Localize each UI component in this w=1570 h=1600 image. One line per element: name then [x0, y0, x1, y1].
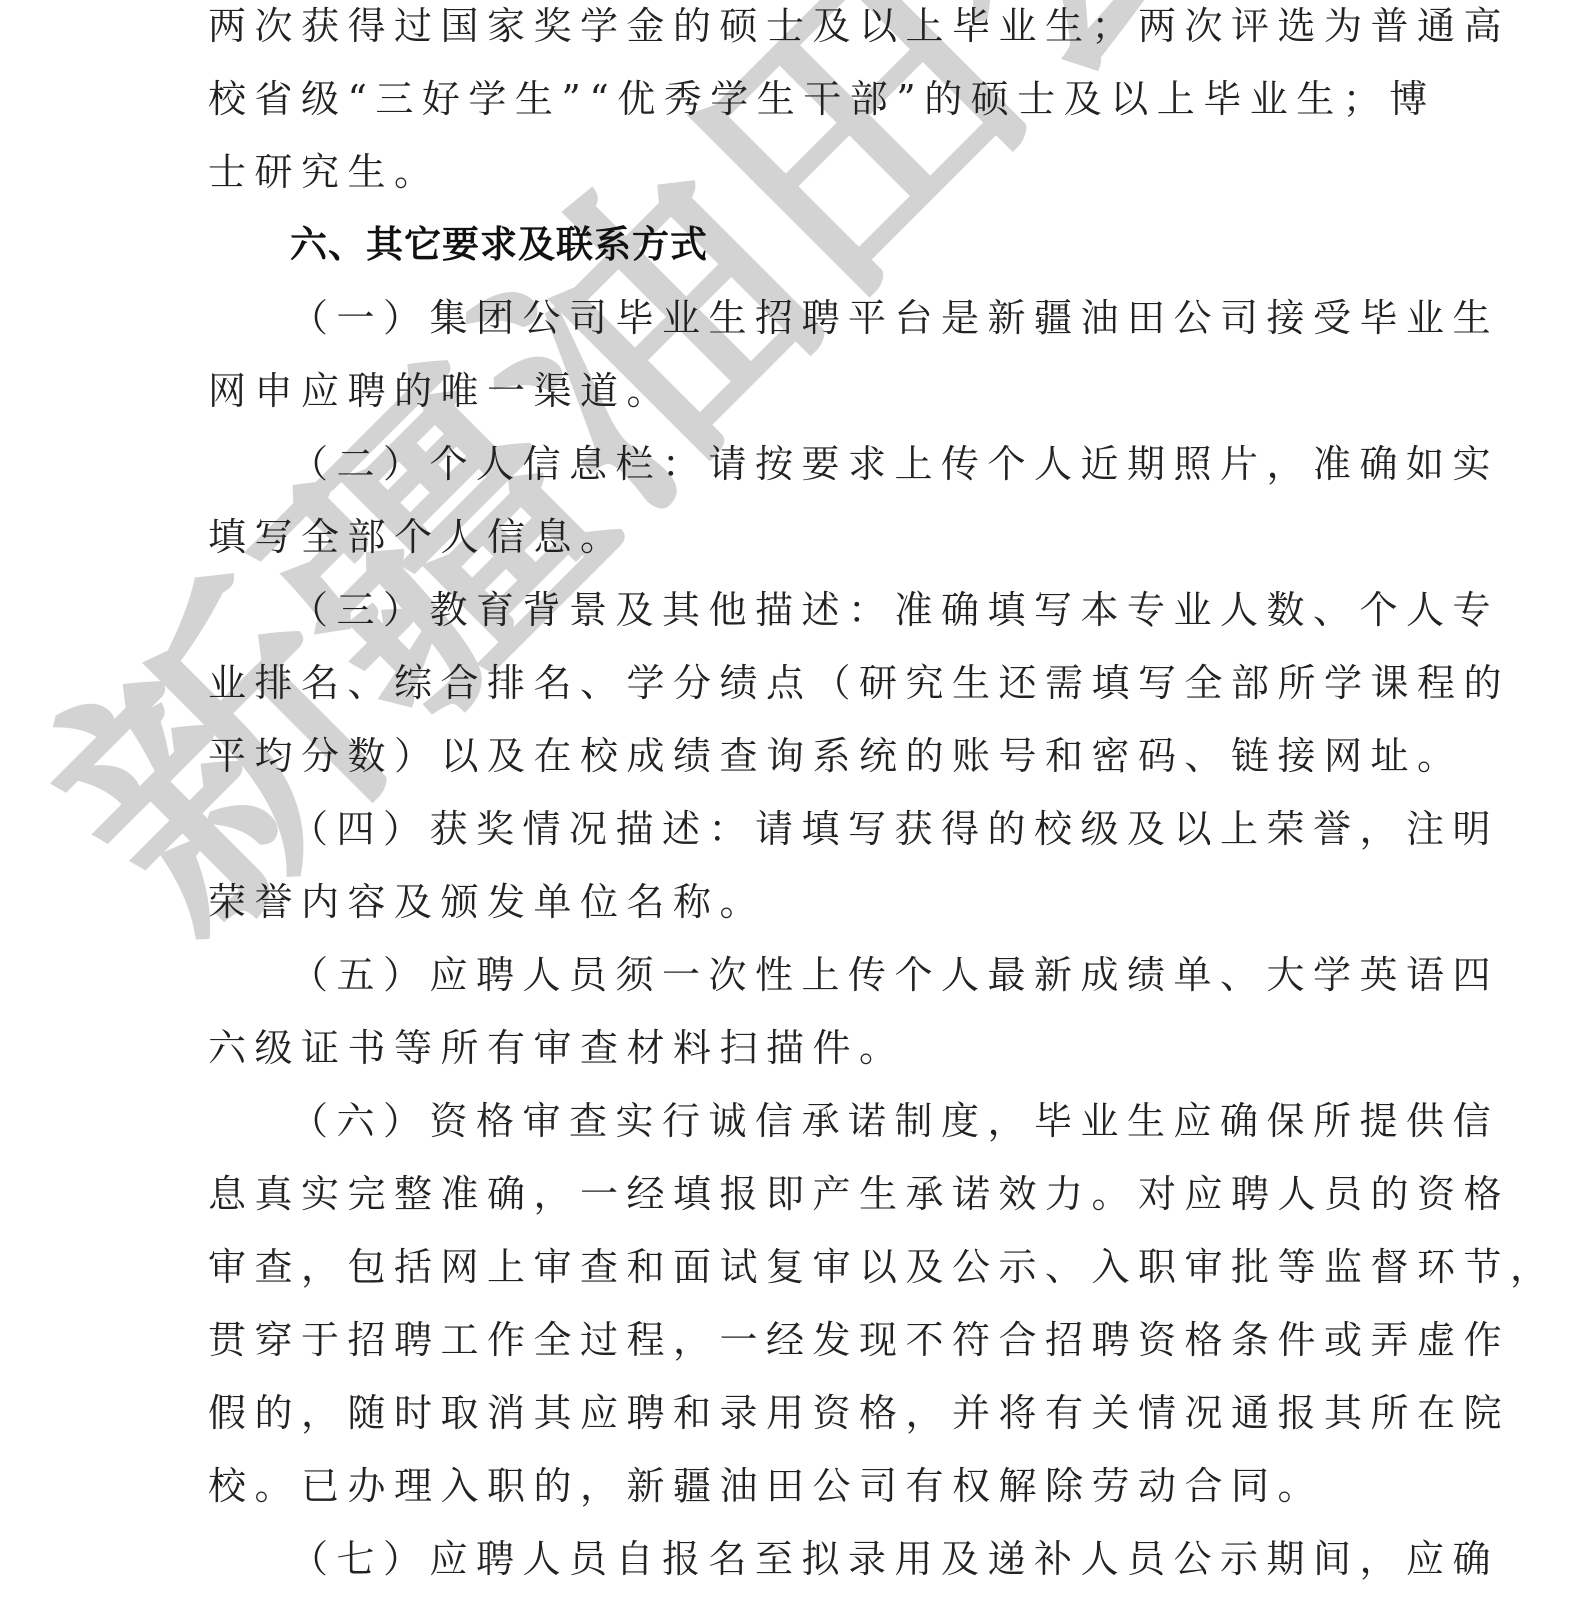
paragraph-line: 校省级“三好学生”“优秀学生干部”的硕士及以上毕业生；博	[208, 71, 1348, 144]
item-line: 校。已办理入职的，新疆油田公司有权解除劳动合同。	[208, 1458, 1348, 1531]
item-line: 贯穿于招聘工作全过程，一经发现不符合招聘资格条件或弄虚作	[208, 1312, 1348, 1385]
paragraph-line: 两次获得过国家奖学金的硕士及以上毕业生；两次评选为普通高	[208, 0, 1348, 71]
paragraph-line: 士研究生。	[208, 144, 1348, 217]
item-line: 六级证书等所有审查材料扫描件。	[208, 1020, 1348, 1093]
item-line: （六）资格审查实行诚信承诺制度，毕业生应确保所提供信	[208, 1093, 1348, 1166]
document-page: 两次获得过国家奖学金的硕士及以上毕业生；两次评选为普通高 校省级“三好学生”“优…	[208, 0, 1348, 1600]
item-line: 息真实完整准确，一经填报即产生承诺效力。对应聘人员的资格	[208, 1166, 1348, 1239]
item-line: 荣誉内容及颁发单位名称。	[208, 874, 1348, 947]
item-line: 网申应聘的唯一渠道。	[208, 363, 1348, 436]
item-line: 业排名、综合排名、学分绩点（研究生还需填写全部所学课程的	[208, 655, 1348, 728]
item-line: （五）应聘人员须一次性上传个人最新成绩单、大学英语四	[208, 947, 1348, 1020]
item-line: （四）获奖情况描述：请填写获得的校级及以上荣誉，注明	[208, 801, 1348, 874]
item-line: 审查，包括网上审查和面试复审以及公示、入职审批等监督环节，	[208, 1239, 1348, 1312]
item-line: （一）集团公司毕业生招聘平台是新疆油田公司接受毕业生	[208, 290, 1348, 363]
item-line: 假的，随时取消其应聘和录用资格，并将有关情况通报其所在院	[208, 1385, 1348, 1458]
item-line: （三）教育背景及其他描述：准确填写本专业人数、个人专	[208, 582, 1348, 655]
item-line: （七）应聘人员自报名至拟录用及递补人员公示期间，应确	[208, 1531, 1348, 1600]
section-heading: 六、其它要求及联系方式	[208, 217, 1348, 290]
item-line: 填写全部个人信息。	[208, 509, 1348, 582]
item-line: 平均分数）以及在校成绩查询系统的账号和密码、链接网址。	[208, 728, 1348, 801]
item-line: （二）个人信息栏：请按要求上传个人近期照片，准确如实	[208, 436, 1348, 509]
